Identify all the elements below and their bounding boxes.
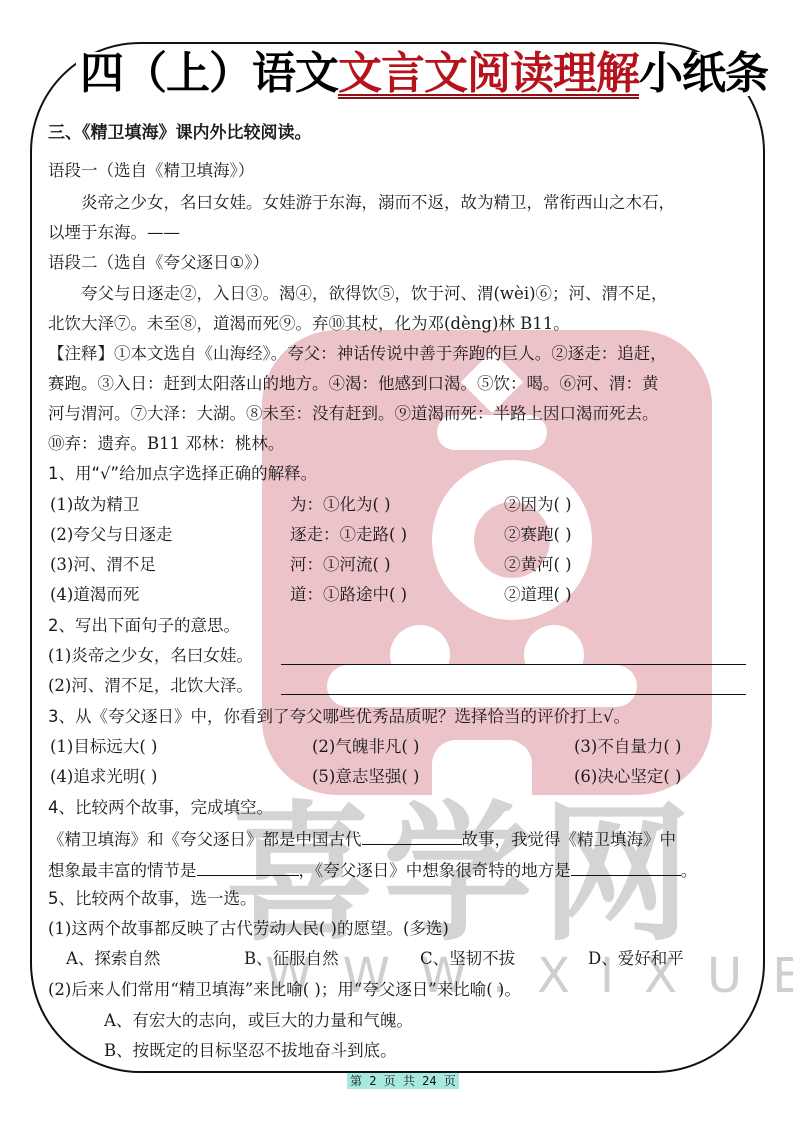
passage1-line1: 炎帝之少女，名曰女娃。女娃游于东海，溺而不返，故为精卫，常衔西山之木石， xyxy=(48,195,675,212)
notes-line3: 河与渭河。⑦大泽：大湖。⑧未至：没有赶到。⑨道渴而死：半路上因口渴而死去。 xyxy=(48,406,659,423)
passage2-line1: 夸父与日逐走②，入日③。渴④，欲得饮⑤，饮于河、渭(wèi)⑥；河、渭不足， xyxy=(48,286,668,303)
q4-line1-a: 《精卫填海》和《夸父逐日》都是中国古代 xyxy=(48,830,362,849)
q2-item2: (2)河、渭不足，北饮大泽。 xyxy=(48,678,253,695)
notes-line2: 赛跑。③入日：赶到太阳落山的地方。④渴：他感到口渴。⑤饮：喝。⑥河、渭：黄 xyxy=(48,376,659,393)
q1-phrase: (3)河、渭不足 xyxy=(50,557,156,574)
q3-option[interactable]: (3)不自量力( ) xyxy=(574,739,682,756)
q5-sub2-option-b[interactable]: B、按既定的目标坚忍不拔地奋斗到底。 xyxy=(104,1043,397,1060)
q4-line1: 《精卫填海》和《夸父逐日》都是中国古代故事，我觉得《精卫填海》中 xyxy=(48,830,676,849)
q1-option2[interactable]: ②因为( ) xyxy=(504,497,572,514)
q4-blank1[interactable] xyxy=(362,830,462,845)
q4-line2-a: 想象最丰富的情节是 xyxy=(48,861,197,880)
q1-phrase: (4)道渴而死 xyxy=(50,587,139,604)
q2-item1-text: (1)炎帝之少女，名曰女娃。 xyxy=(48,646,253,665)
notes-line4: ⑩弃：遗弃。B11 邓林：桃林。 xyxy=(48,436,284,453)
q1-option2[interactable]: ②道理( ) xyxy=(504,587,572,604)
passage1-line2: 以堙于东海。—— xyxy=(48,225,180,242)
q2-item1: (1)炎帝之少女，名曰女娃。 xyxy=(48,648,253,665)
q5-heading: 5、比较两个故事，选一选。 xyxy=(48,891,257,908)
passage1-heading: 语段一（选自《精卫填海》） xyxy=(48,163,254,180)
q4-line2: 想象最丰富的情节是，《夸父逐日》中想象很奇特的地方是。 xyxy=(48,861,697,880)
q5-sub2: (2)后来人们常用“精卫填海”来比喻( )；用“夸父逐日”来比喻( )。 xyxy=(48,982,521,999)
q1-option1[interactable]: 河：①河流( ) xyxy=(290,557,391,574)
q4-line1-b: 故事，我觉得《精卫填海》中 xyxy=(462,830,677,849)
q4-blank2[interactable] xyxy=(197,861,299,876)
q5-sub2-option-a[interactable]: A、有宏大的志向，或巨大的力量和气魄。 xyxy=(104,1013,413,1030)
q3-option[interactable]: (2)气魄非凡( ) xyxy=(312,739,420,756)
title-prefix: 四（上）语文 xyxy=(80,48,338,99)
q5-sub1-option-c[interactable]: C、坚韧不拔 xyxy=(420,951,515,968)
passage2-heading: 语段二（选自《夸父逐日①》） xyxy=(48,255,269,272)
q3-option[interactable]: (4)追求光明( ) xyxy=(50,769,158,786)
q4-line2-b: ，《夸父逐日》中想象很奇特的地方是 xyxy=(299,861,571,880)
q1-option2[interactable]: ②赛跑( ) xyxy=(504,527,572,544)
q5-sub1-option-d[interactable]: D、爱好和平 xyxy=(588,951,684,968)
q1-option2[interactable]: ②黄河( ) xyxy=(504,557,572,574)
title-suffix: 小纸条 xyxy=(639,48,768,99)
q1-option1[interactable]: 逐走：①走路( ) xyxy=(290,527,407,544)
q4-heading: 4、比较两个故事，完成填空。 xyxy=(48,800,273,817)
q4-line2-c: 。 xyxy=(681,861,698,880)
section-heading: 三、《精卫填海》课内外比较阅读。 xyxy=(48,125,312,142)
page-number: 第 2 页 共 24 页 xyxy=(347,1073,459,1089)
q3-option[interactable]: (6)决心坚定( ) xyxy=(574,769,682,786)
notes-line1: 【注释】①本文选自《山海经》。夸父：神话传说中善于奔跑的巨人。②逐走：追赶， xyxy=(48,346,667,363)
q1-phrase: (2)夸父与日逐走 xyxy=(50,527,172,544)
q2-answer-line2[interactable] xyxy=(281,694,746,695)
q5-sub1: (1)这两个故事都反映了古代劳动人民( )的愿望。(多选) xyxy=(48,921,449,938)
page-title: 四（上）语文文言文阅读理解小纸条 xyxy=(76,52,772,96)
q5-sub1-option-b[interactable]: B、征服自然 xyxy=(244,951,339,968)
q2-heading: 2、写出下面句子的意思。 xyxy=(48,618,240,635)
q3-option[interactable]: (5)意志坚强( ) xyxy=(312,769,420,786)
passage2-line2: 北饮大泽⑦。未至⑧，道渴而死⑨。弃⑩其杖，化为邓(dèng)林 B11。 xyxy=(48,316,570,333)
q2-answer-line1[interactable] xyxy=(281,664,746,665)
q1-heading: 1、用“√”给加点字选择正确的解释。 xyxy=(48,466,317,483)
q2-item2-text: (2)河、渭不足，北饮大泽。 xyxy=(48,676,253,695)
q1-option1[interactable]: 道：①路途中( ) xyxy=(290,587,407,604)
q1-option1[interactable]: 为：①化为( ) xyxy=(290,497,391,514)
q3-option[interactable]: (1)目标远大( ) xyxy=(50,739,158,756)
q3-heading: 3、从《夸父逐日》中，你看到了夸父哪些优秀品质呢？选择恰当的评价打上√。 xyxy=(48,709,630,726)
title-highlight: 文言文阅读理解 xyxy=(338,48,639,99)
q4-blank3[interactable] xyxy=(571,861,681,876)
q5-sub1-option-a[interactable]: A、探索自然 xyxy=(66,951,160,968)
q1-phrase: (1)故为精卫 xyxy=(50,497,139,514)
